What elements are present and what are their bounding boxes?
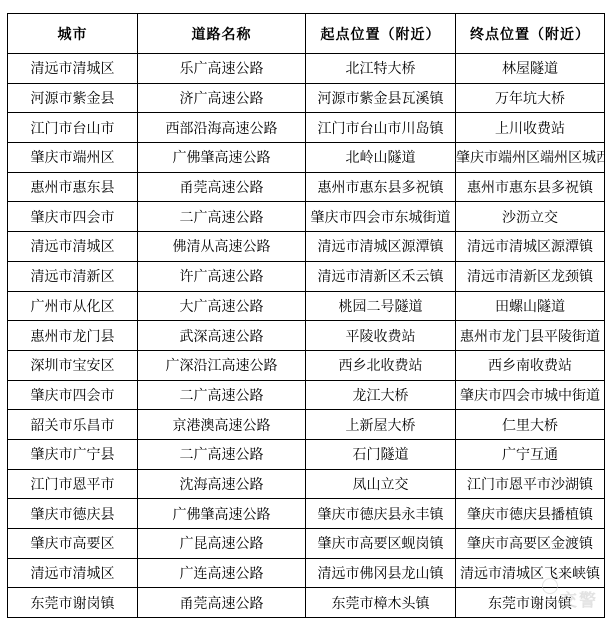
cell-text: 沙沥立交 (456, 207, 604, 227)
cell-text: 河源市紫金县 (8, 88, 137, 108)
cell-text: 惠州市惠东县多祝镇 (306, 177, 455, 197)
cell-start: 桃园二号隧道 (306, 291, 456, 321)
cell-text: 桃园二号隧道 (306, 296, 455, 316)
cell-end: 田螺山隧道 (456, 291, 605, 321)
table-row: 肇庆市四会市二广高速公路龙江大桥肇庆市四会市城中街道 (8, 380, 605, 410)
page-canvas: 城市 道路名称 起点位置（附近） 终点位置（附近） 清远市清城区乐广高速公路北江… (0, 0, 609, 619)
cell-text: 肇庆市德庆县永丰镇 (306, 504, 455, 524)
cell-city: 清远市清城区 (8, 558, 138, 588)
cell-text: 惠州市惠东县 (8, 177, 137, 197)
cell-text: 东莞市樟木头镇 (306, 593, 455, 613)
cell-end: 万年坑大桥 (456, 83, 605, 113)
cell-text: 林屋隧道 (456, 58, 604, 78)
cell-road: 乐广高速公路 (138, 54, 306, 84)
cell-text: 清远市清城区源潭镇 (456, 236, 604, 256)
cell-start: 江门市台山市川岛镇 (306, 113, 456, 143)
cell-city: 惠州市龙门县 (8, 321, 138, 351)
table-row: 肇庆市端州区广佛肇高速公路北岭山隧道肇庆市端州区端州区城西街道 (8, 143, 605, 173)
cell-road: 甬莞高速公路 (138, 172, 306, 202)
cell-text: 江门市恩平市沙湖镇 (456, 474, 604, 494)
cell-road: 广佛肇高速公路 (138, 499, 306, 529)
cell-end: 广宁互通 (456, 439, 605, 469)
cell-text: 广佛肇高速公路 (138, 147, 305, 167)
cell-end: 惠州市惠东县多祝镇 (456, 172, 605, 202)
cell-text: 乐广高速公路 (138, 58, 305, 78)
cell-text: 广佛肇高速公路 (138, 504, 305, 524)
cell-road: 大广高速公路 (138, 291, 306, 321)
table-row: 惠州市惠东县甬莞高速公路惠州市惠东县多祝镇惠州市惠东县多祝镇 (8, 172, 605, 202)
cell-road: 二广高速公路 (138, 202, 306, 232)
cell-text: 肇庆市四会市城中街道 (456, 385, 604, 405)
table-row: 清远市清新区许广高速公路清远市清新区禾云镇清远市清新区龙颈镇 (8, 261, 605, 291)
cell-text: 江门市台山市 (8, 118, 137, 138)
cell-text: 二广高速公路 (138, 207, 305, 227)
cell-text: 广宁互通 (456, 444, 604, 464)
cell-road: 沈海高速公路 (138, 469, 306, 499)
cell-start: 惠州市惠东县多祝镇 (306, 172, 456, 202)
cell-city: 惠州市惠东县 (8, 172, 138, 202)
cell-text: 广昆高速公路 (138, 533, 305, 553)
cell-text: 江门市台山市川岛镇 (306, 118, 455, 138)
cell-text: 肇庆市端州区端州区城西街道 (456, 147, 604, 167)
cell-text: 西乡北收费站 (306, 355, 455, 375)
cell-text: 甬莞高速公路 (138, 593, 305, 613)
cell-road: 广连高速公路 (138, 558, 306, 588)
cell-text: 东莞市谢岗镇 (456, 593, 604, 613)
cell-text: 清远市清新区龙颈镇 (456, 266, 604, 286)
cell-end: 肇庆市高要区金渡镇 (456, 529, 605, 559)
cell-text: 肇庆市广宁县 (8, 444, 137, 464)
cell-start: 上新屋大桥 (306, 410, 456, 440)
cell-city: 肇庆市高要区 (8, 529, 138, 559)
cell-end: 林屋隧道 (456, 54, 605, 84)
table-row: 清远市清城区乐广高速公路北江特大桥林屋隧道 (8, 54, 605, 84)
cell-text: 惠州市惠东县多祝镇 (456, 177, 604, 197)
table-header-row: 城市 道路名称 起点位置（附近） 终点位置（附近） (8, 14, 605, 54)
table-body: 清远市清城区乐广高速公路北江特大桥林屋隧道河源市紫金县济广高速公路河源市紫金县瓦… (8, 54, 605, 618)
cell-start: 清远市清城区源潭镇 (306, 232, 456, 262)
cell-text: 西乡南收费站 (456, 355, 604, 375)
cell-text: 佛清从高速公路 (138, 236, 305, 256)
cell-road: 广深沿江高速公路 (138, 350, 306, 380)
table-row: 惠州市龙门县武深高速公路平陵收费站惠州市龙门县平陵街道 (8, 321, 605, 351)
cell-end: 上川收费站 (456, 113, 605, 143)
cell-end: 肇庆市端州区端州区城西街道 (456, 143, 605, 173)
cell-city: 韶关市乐昌市 (8, 410, 138, 440)
cell-city: 广州市从化区 (8, 291, 138, 321)
cell-text: 京港澳高速公路 (138, 415, 305, 435)
cell-text: 上新屋大桥 (306, 415, 455, 435)
cell-text: 北岭山隧道 (306, 147, 455, 167)
cell-start: 北江特大桥 (306, 54, 456, 84)
cell-text: 武深高速公路 (138, 326, 305, 346)
cell-text: 二广高速公路 (138, 444, 305, 464)
cell-text: 惠州市龙门县 (8, 326, 137, 346)
cell-text: 肇庆市高要区蚬岗镇 (306, 533, 455, 553)
cell-text: 甬莞高速公路 (138, 177, 305, 197)
cell-text: 广连高速公路 (138, 563, 305, 583)
cell-end: 清远市清城区源潭镇 (456, 232, 605, 262)
cell-city: 东莞市谢岗镇 (8, 588, 138, 618)
cell-city: 清远市清城区 (8, 232, 138, 262)
cell-start: 肇庆市四会市东城街道 (306, 202, 456, 232)
cell-text: 许广高速公路 (138, 266, 305, 286)
cell-start: 北岭山隧道 (306, 143, 456, 173)
cell-city: 肇庆市广宁县 (8, 439, 138, 469)
cell-end: 清远市清城区飞来峡镇 (456, 558, 605, 588)
cell-end: 惠州市龙门县平陵街道 (456, 321, 605, 351)
table-row: 广州市从化区大广高速公路桃园二号隧道田螺山隧道 (8, 291, 605, 321)
cell-start: 凤山立交 (306, 469, 456, 499)
cell-text: 肇庆市德庆县播植镇 (456, 504, 604, 524)
cell-text: 肇庆市德庆县 (8, 504, 137, 524)
cell-text: 仁里大桥 (456, 415, 604, 435)
cell-text: 清远市清城区 (8, 58, 137, 78)
cell-text: 清远市清新区禾云镇 (306, 266, 455, 286)
cell-text: 肇庆市四会市东城街道 (306, 207, 455, 227)
cell-end: 清远市清新区龙颈镇 (456, 261, 605, 291)
cell-start: 东莞市樟木头镇 (306, 588, 456, 618)
cell-end: 肇庆市四会市城中街道 (456, 380, 605, 410)
cell-road: 广佛肇高速公路 (138, 143, 306, 173)
cell-text: 大广高速公路 (138, 296, 305, 316)
cell-road: 二广高速公路 (138, 380, 306, 410)
cell-road: 佛清从高速公路 (138, 232, 306, 262)
header-road: 道路名称 (138, 14, 306, 54)
cell-city: 清远市清城区 (8, 54, 138, 84)
cell-text: 广深沿江高速公路 (138, 355, 305, 375)
cell-start: 平陵收费站 (306, 321, 456, 351)
cell-start: 西乡北收费站 (306, 350, 456, 380)
table-row: 河源市紫金县济广高速公路河源市紫金县瓦溪镇万年坑大桥 (8, 83, 605, 113)
cell-text: 江门市恩平市 (8, 474, 137, 494)
cell-end: 沙沥立交 (456, 202, 605, 232)
cell-text: 田螺山隧道 (456, 296, 604, 316)
cell-text: 广州市从化区 (8, 296, 137, 316)
table-row: 肇庆市德庆县广佛肇高速公路肇庆市德庆县永丰镇肇庆市德庆县播植镇 (8, 499, 605, 529)
cell-text: 二广高速公路 (138, 385, 305, 405)
cell-road: 甬莞高速公路 (138, 588, 306, 618)
cell-start: 清远市佛冈县龙山镇 (306, 558, 456, 588)
cell-text: 肇庆市端州区 (8, 147, 137, 167)
table-row: 东莞市谢岗镇甬莞高速公路东莞市樟木头镇东莞市谢岗镇 (8, 588, 605, 618)
header-start: 起点位置（附近） (306, 14, 456, 54)
cell-text: 清远市清城区 (8, 563, 137, 583)
cell-text: 清远市清城区源潭镇 (306, 236, 455, 256)
cell-road: 广昆高速公路 (138, 529, 306, 559)
cell-end: 江门市恩平市沙湖镇 (456, 469, 605, 499)
cell-text: 西部沿海高速公路 (138, 118, 305, 138)
cell-text: 凤山立交 (306, 474, 455, 494)
cell-road: 许广高速公路 (138, 261, 306, 291)
cell-start: 肇庆市高要区蚬岗镇 (306, 529, 456, 559)
cell-text: 肇庆市四会市 (8, 207, 137, 227)
cell-start: 河源市紫金县瓦溪镇 (306, 83, 456, 113)
table-row: 清远市清城区广连高速公路清远市佛冈县龙山镇清远市清城区飞来峡镇 (8, 558, 605, 588)
cell-text: 河源市紫金县瓦溪镇 (306, 88, 455, 108)
cell-text: 清远市佛冈县龙山镇 (306, 563, 455, 583)
cell-city: 江门市恩平市 (8, 469, 138, 499)
cell-road: 武深高速公路 (138, 321, 306, 351)
cell-end: 仁里大桥 (456, 410, 605, 440)
table-row: 韶关市乐昌市京港澳高速公路上新屋大桥仁里大桥 (8, 410, 605, 440)
road-closure-table: 城市 道路名称 起点位置（附近） 终点位置（附近） 清远市清城区乐广高速公路北江… (7, 13, 605, 618)
cell-road: 西部沿海高速公路 (138, 113, 306, 143)
cell-start: 清远市清新区禾云镇 (306, 261, 456, 291)
table-row: 肇庆市高要区广昆高速公路肇庆市高要区蚬岗镇肇庆市高要区金渡镇 (8, 529, 605, 559)
cell-start: 龙江大桥 (306, 380, 456, 410)
header-end: 终点位置（附近） (456, 14, 605, 54)
table-row: 肇庆市广宁县二广高速公路石门隧道广宁互通 (8, 439, 605, 469)
cell-road: 京港澳高速公路 (138, 410, 306, 440)
cell-end: 东莞市谢岗镇 (456, 588, 605, 618)
table-row: 江门市台山市西部沿海高速公路江门市台山市川岛镇上川收费站 (8, 113, 605, 143)
cell-city: 河源市紫金县 (8, 83, 138, 113)
cell-text: 清远市清城区飞来峡镇 (456, 563, 604, 583)
cell-city: 江门市台山市 (8, 113, 138, 143)
cell-city: 肇庆市端州区 (8, 143, 138, 173)
cell-text: 济广高速公路 (138, 88, 305, 108)
header-city: 城市 (8, 14, 138, 54)
cell-road: 二广高速公路 (138, 439, 306, 469)
cell-end: 肇庆市德庆县播植镇 (456, 499, 605, 529)
cell-city: 肇庆市四会市 (8, 202, 138, 232)
cell-text: 肇庆市高要区金渡镇 (456, 533, 604, 553)
cell-text: 北江特大桥 (306, 58, 455, 78)
cell-text: 石门隧道 (306, 444, 455, 464)
cell-city: 清远市清新区 (8, 261, 138, 291)
cell-road: 济广高速公路 (138, 83, 306, 113)
cell-text: 万年坑大桥 (456, 88, 604, 108)
cell-city: 深圳市宝安区 (8, 350, 138, 380)
cell-start: 肇庆市德庆县永丰镇 (306, 499, 456, 529)
cell-text: 肇庆市四会市 (8, 385, 137, 405)
table-row: 江门市恩平市沈海高速公路凤山立交江门市恩平市沙湖镇 (8, 469, 605, 499)
cell-text: 清远市清新区 (8, 266, 137, 286)
table-row: 清远市清城区佛清从高速公路清远市清城区源潭镇清远市清城区源潭镇 (8, 232, 605, 262)
cell-city: 肇庆市四会市 (8, 380, 138, 410)
cell-text: 深圳市宝安区 (8, 355, 137, 375)
cell-text: 龙江大桥 (306, 385, 455, 405)
cell-text: 平陵收费站 (306, 326, 455, 346)
table-row: 深圳市宝安区广深沿江高速公路西乡北收费站西乡南收费站 (8, 350, 605, 380)
cell-city: 肇庆市德庆县 (8, 499, 138, 529)
cell-text: 惠州市龙门县平陵街道 (456, 326, 604, 346)
cell-text: 沈海高速公路 (138, 474, 305, 494)
cell-start: 石门隧道 (306, 439, 456, 469)
cell-text: 韶关市乐昌市 (8, 415, 137, 435)
cell-text: 东莞市谢岗镇 (8, 593, 137, 613)
cell-end: 西乡南收费站 (456, 350, 605, 380)
cell-text: 上川收费站 (456, 118, 604, 138)
cell-text: 清远市清城区 (8, 236, 137, 256)
table-row: 肇庆市四会市二广高速公路肇庆市四会市东城街道沙沥立交 (8, 202, 605, 232)
cell-text: 肇庆市高要区 (8, 533, 137, 553)
